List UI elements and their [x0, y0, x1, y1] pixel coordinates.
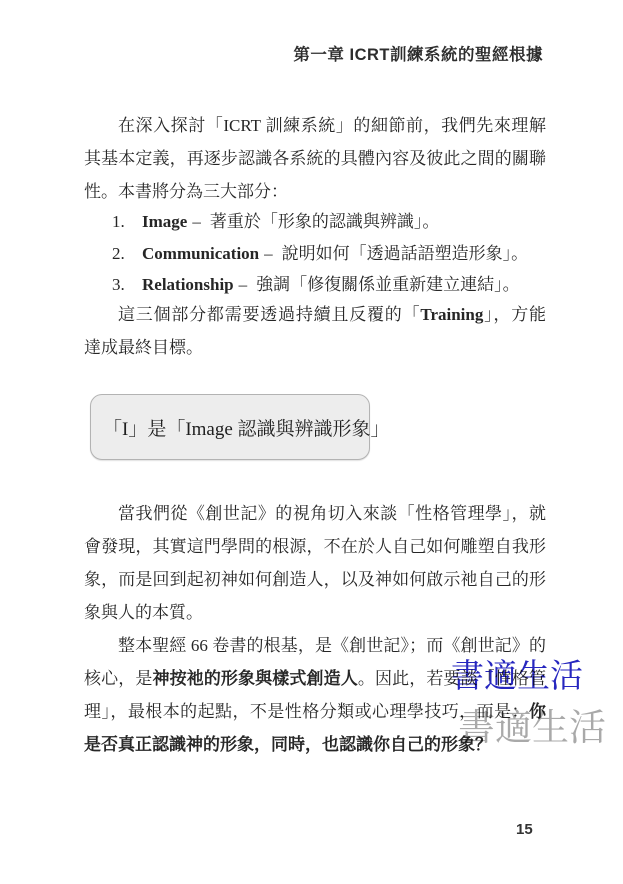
list-item-dash: –	[192, 212, 201, 231]
list-item-dash: –	[264, 244, 273, 263]
list-item-desc: 強調「修復關係並重新建立連結」。	[256, 275, 520, 294]
paragraph-intro: 在深入探討「ICRT 訓練系統」的細節前，我們先來理解其基本定義，再逐步認識各系…	[84, 109, 546, 208]
list-item-desc: 著重於「形象的認識與辨識」。	[210, 212, 440, 231]
list-item: 1.Image–著重於「形象的認識與辨識」。	[112, 206, 548, 238]
paragraph-genesis: 當我們從《創世記》的視角切入來談「性格管理學」，就會發現，其實這門學問的根源，不…	[84, 497, 546, 629]
book-page: 第一章 ICRT訓練系統的聖經根據 在深入探討「ICRT 訓練系統」的細節前，我…	[0, 0, 623, 884]
watermark-blue: 書適生活	[451, 661, 583, 694]
list-item-term: Image	[142, 212, 187, 231]
paragraph-training: 這三個部分都需要透過持續且反覆的「Training」，方能達成最終目標。	[84, 298, 546, 364]
numbered-list: 1.Image–著重於「形象的認識與辨識」。 2.Communication–說…	[112, 206, 548, 301]
list-item-term: Communication	[142, 244, 259, 263]
text-run-bold: Training	[420, 305, 483, 324]
watermark-gray: 書適生活	[458, 710, 606, 747]
chapter-header: 第一章 ICRT訓練系統的聖經根據	[293, 41, 543, 65]
list-item-desc: 說明如何「透過話語塑造形象」。	[282, 244, 529, 263]
list-item-number: 2.	[112, 238, 142, 270]
section-heading-text: 「I」是「Image 認識與辨識形象」	[103, 414, 390, 441]
list-item-number: 3.	[112, 269, 142, 301]
section-heading-box: 「I」是「Image 認識與辨識形象」	[90, 394, 370, 460]
list-item-dash: –	[239, 275, 248, 294]
list-item: 3.Relationship–強調「修復關係並重新建立連結」。	[112, 269, 548, 301]
page-number: 15	[516, 821, 533, 838]
text-run: 這三個部分都需要透過持續且反覆的「	[118, 305, 420, 324]
list-item-term: Relationship	[142, 275, 234, 294]
list-item: 2.Communication–說明如何「透過話語塑造形象」。	[112, 238, 548, 270]
text-run-bold: 神按祂的形象與樣式創造人	[152, 669, 357, 688]
list-item-number: 1.	[112, 206, 142, 238]
